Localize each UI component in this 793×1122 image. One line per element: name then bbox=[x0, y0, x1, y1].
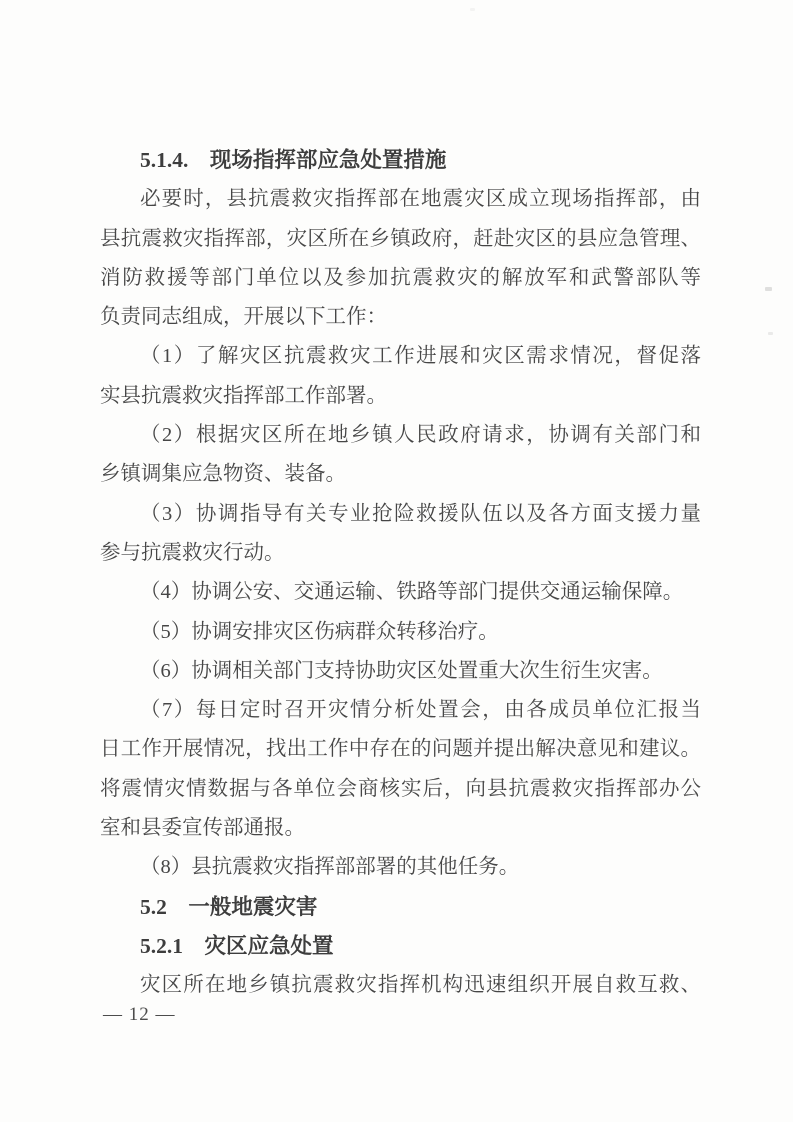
text-line: 室和县委宣传部通报。 bbox=[100, 809, 701, 848]
text-line: 乡镇调集应急物资、装备。 bbox=[100, 455, 701, 494]
text-line: 实县抗震救灾指挥部工作部署。 bbox=[100, 377, 701, 416]
text-line: （3）协调指导有关专业抢险救援队伍以及各方面支援力量 bbox=[100, 495, 701, 534]
page-number: — 12 — bbox=[103, 1001, 176, 1029]
text-line: （2）根据灾区所在地乡镇人民政府请求，协调有关部门和 bbox=[100, 416, 701, 455]
text-line: （8）县抗震救灾指挥部部署的其他任务。 bbox=[100, 848, 701, 887]
scan-artifact bbox=[768, 332, 773, 335]
scan-artifact bbox=[765, 287, 772, 291]
text-line: 消防救援等部门单位以及参加抗震救灾的解放军和武警部队等 bbox=[100, 259, 701, 298]
text-line: （1）了解灾区抗震救灾工作进展和灾区需求情况，督促落 bbox=[100, 337, 701, 376]
text-line: （4）协调公安、交通运输、铁路等部门提供交通运输保障。 bbox=[100, 573, 701, 612]
text-line: 必要时，县抗震救灾指挥部在地震灾区成立现场指挥部，由 bbox=[100, 180, 701, 219]
section-heading: 5.1.4. 现场指挥部应急处置措施 bbox=[100, 141, 701, 180]
text-line: 将震情灾情数据与各单位会商核实后，向县抗震救灾指挥部办公 bbox=[100, 770, 701, 809]
section-heading: 5.2.1 灾区应急处置 bbox=[100, 927, 701, 966]
text-line: （6）协调相关部门支持协助灾区处置重大次生衍生灾害。 bbox=[100, 652, 701, 691]
text-line: 日工作开展情况，找出工作中存在的问题并提出解决意见和建议。 bbox=[100, 730, 701, 769]
document-page: 5.1.4. 现场指挥部应急处置措施必要时，县抗震救灾指挥部在地震灾区成立现场指… bbox=[0, 0, 793, 1122]
document-body: 5.1.4. 现场指挥部应急处置措施必要时，县抗震救灾指挥部在地震灾区成立现场指… bbox=[100, 141, 701, 1006]
text-line: （5）协调安排灾区伤病群众转移治疗。 bbox=[100, 613, 701, 652]
text-line: 参与抗震救灾行动。 bbox=[100, 534, 701, 573]
section-heading: 5.2 一般地震灾害 bbox=[100, 888, 701, 927]
text-line: 灾区所在地乡镇抗震救灾指挥机构迅速组织开展自救互救、 bbox=[100, 966, 701, 1005]
text-line: （7）每日定时召开灾情分析处置会，由各成员单位汇报当 bbox=[100, 691, 701, 730]
scan-artifact bbox=[470, 8, 475, 11]
text-line: 县抗震救灾指挥部，灾区所在乡镇政府，赶赴灾区的县应急管理、 bbox=[100, 220, 701, 259]
text-line: 负责同志组成，开展以下工作： bbox=[100, 298, 701, 337]
